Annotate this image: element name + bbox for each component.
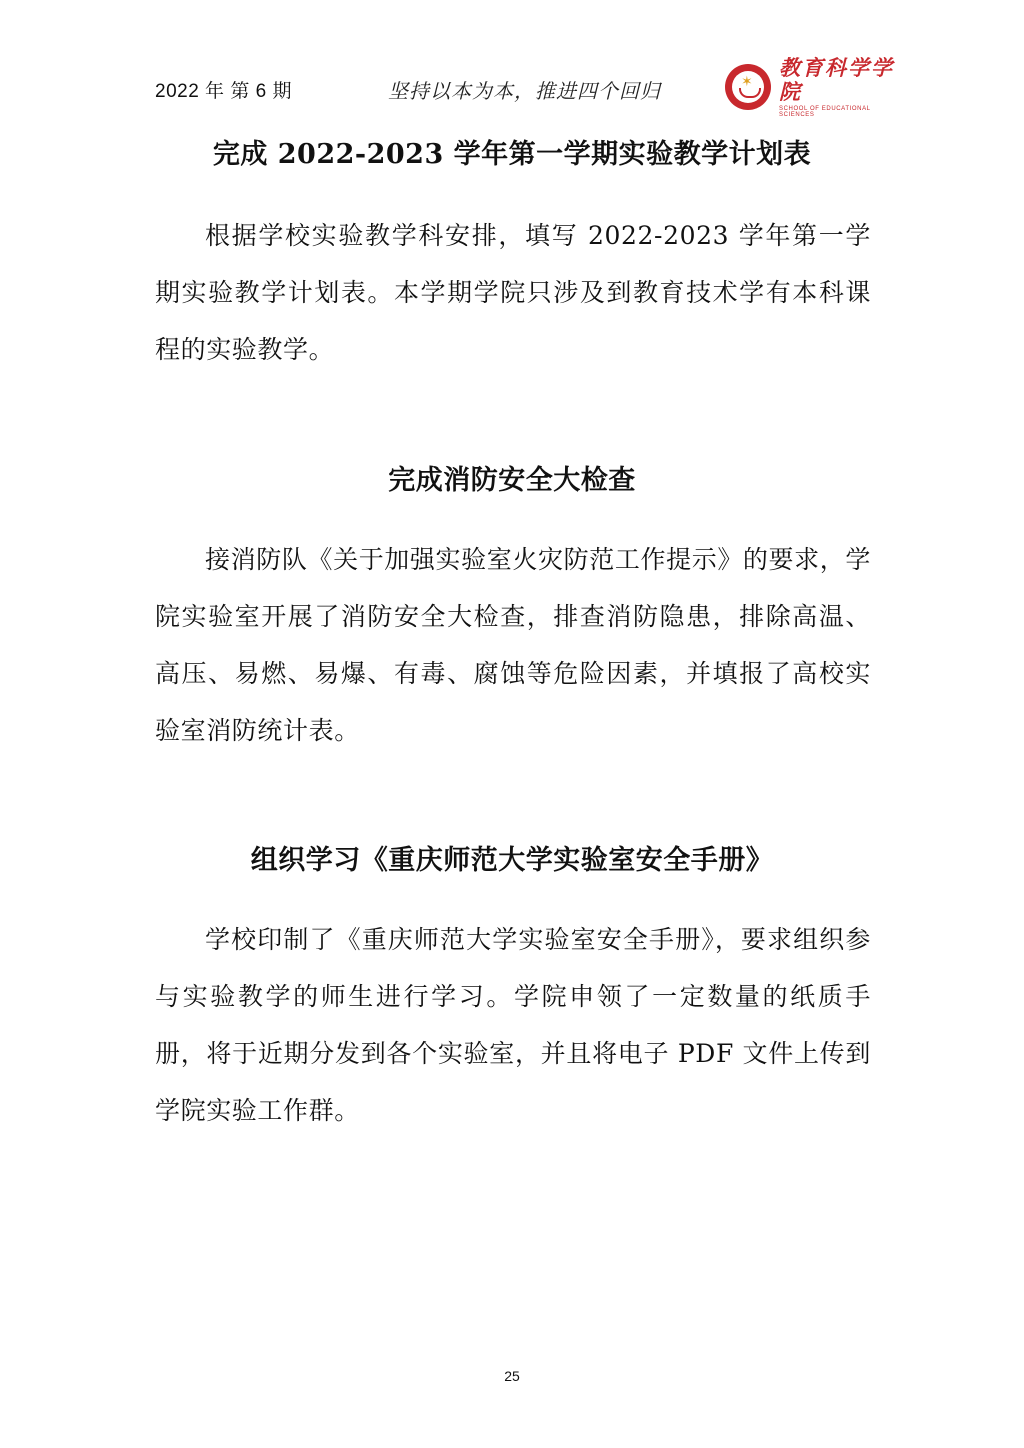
page-number: 25 bbox=[0, 1368, 1024, 1384]
section-body-safety-manual: 学校印制了《重庆师范大学实验室安全手册》，要求组织参与实验教学的师生进行学习。学… bbox=[155, 911, 871, 1139]
issue-label: 2022 年 第 6 期 bbox=[155, 76, 292, 103]
section-title-safety-manual: 组织学习《重庆师范大学实验室安全手册》 bbox=[0, 838, 1024, 877]
section-title-fire-safety: 完成消防安全大检查 bbox=[0, 458, 1024, 497]
section-body-fire-safety: 接消防队《关于加强实验室火灾防范工作提示》的要求，学院实验室开展了消防安全大检查… bbox=[155, 531, 871, 759]
college-name-cn: 教育科学学院 bbox=[779, 56, 905, 104]
logo-text: 教育科学学院 SCHOOL OF EDUCATIONAL SCIENCES bbox=[779, 56, 905, 118]
star-icon: ✶ bbox=[741, 74, 753, 90]
section-title-experiment-plan: 完成 2022-2023 学年第一学期实验教学计划表 bbox=[0, 132, 1024, 171]
section-body-experiment-plan: 根据学校实验教学科安排，填写 2022-2023 学年第一学期实验教学计划表。本… bbox=[155, 207, 871, 378]
college-name-en: SCHOOL OF EDUCATIONAL SCIENCES bbox=[779, 106, 905, 118]
slogan: 坚持以本为本，推进四个回归 bbox=[388, 75, 661, 104]
page-header: 2022 年 第 6 期 坚持以本为本，推进四个回归 ✶ 教育科学学院 SCHO… bbox=[0, 0, 1024, 125]
college-logo: ✶ 教育科学学院 SCHOOL OF EDUCATIONAL SCIENCES bbox=[725, 62, 905, 112]
school-emblem-icon: ✶ bbox=[725, 64, 771, 110]
